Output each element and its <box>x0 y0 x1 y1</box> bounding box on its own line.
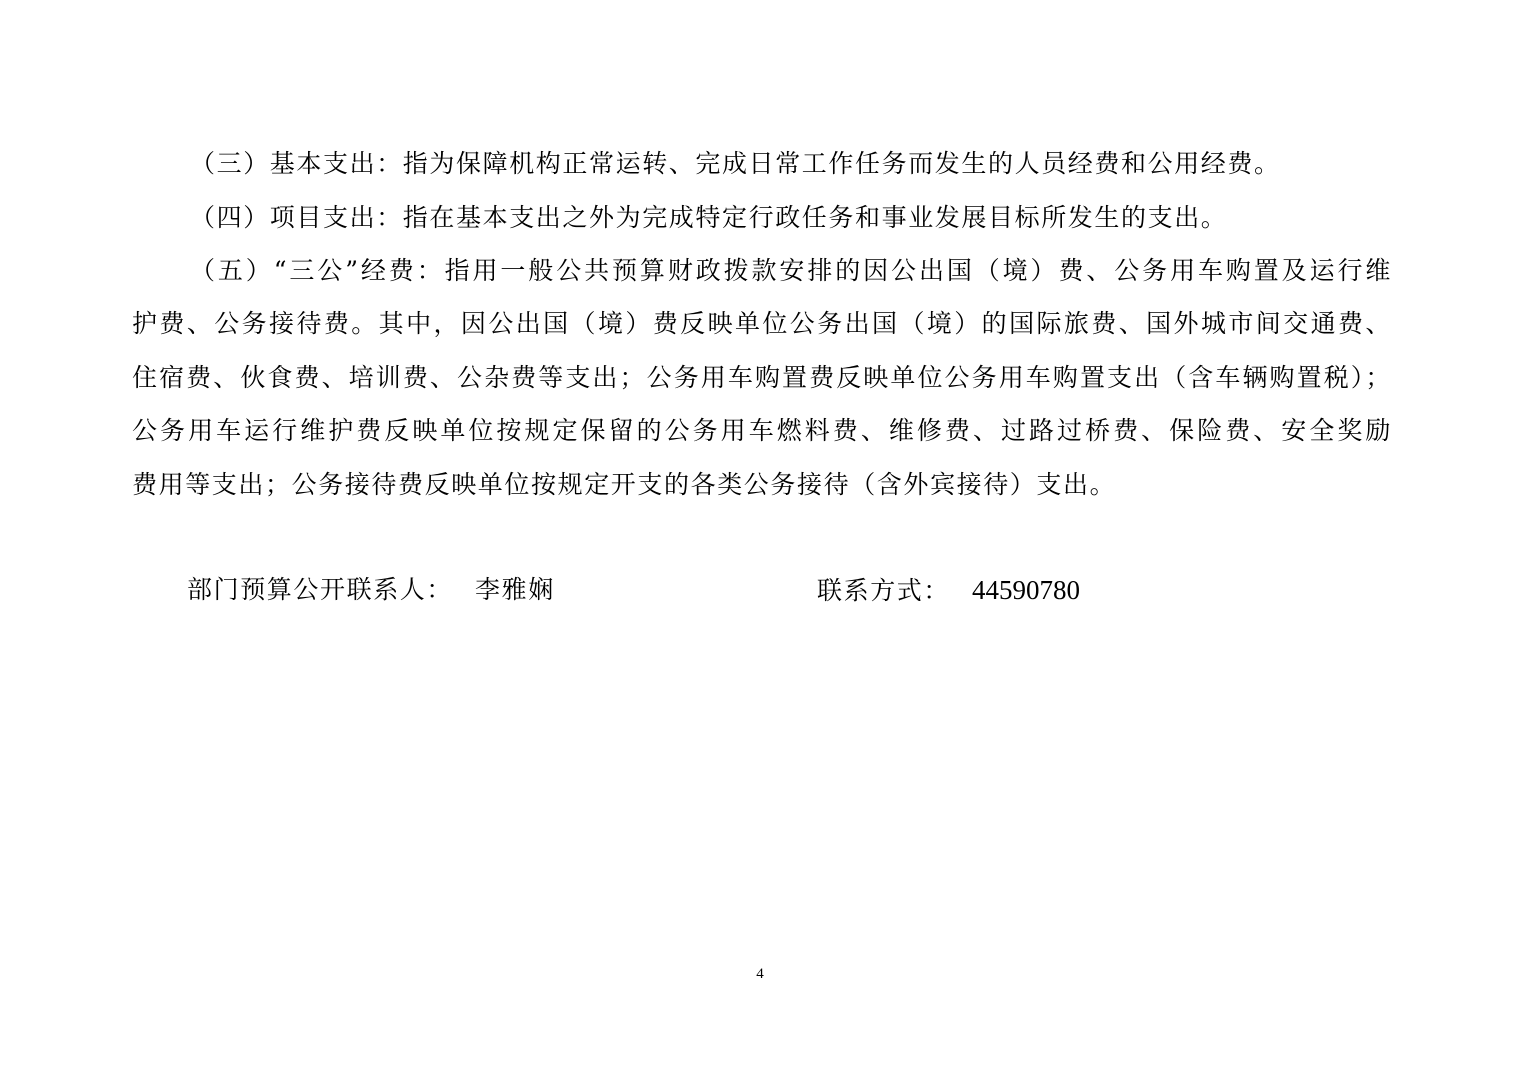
paragraph-line: 公务用车运行维护费反映单位按规定保留的公务用车燃料费、维修费、过路过桥费、保险费… <box>132 414 1392 448</box>
contact-person-name: 李雅娴 <box>475 575 555 604</box>
paragraph-line: 住宿费、伙食费、培训费、公杂费等支出；公务用车购置费反映单位公务用车购置支出（含… <box>132 361 1392 395</box>
contact-person-label: 部门预算公开联系人： <box>187 575 453 604</box>
paragraph-basic-expenditure: （三）基本支出：指为保障机构正常运转、完成日常工作任务而发生的人员经费和公用经费… <box>190 147 1392 181</box>
contact-person: 部门预算公开联系人：李雅娴 <box>187 573 555 607</box>
paragraph-line: 费用等支出；公务接待费反映单位按规定开支的各类公务接待（含外宾接待）支出。 <box>132 468 1392 502</box>
paragraph-line: 护费、公务接待费。其中，因公出国（境）费反映单位公务出国（境）的国际旅费、国外城… <box>132 307 1392 341</box>
paragraph-line: （五）“三公”经费：指用一般公共预算财政拨款安排的因公出国（境）费、公务用车购置… <box>190 254 1392 288</box>
contact-method-label: 联系方式： <box>817 576 950 605</box>
contact-phone: 44590780 <box>972 575 1080 605</box>
page-number: 4 <box>0 966 1520 983</box>
paragraph-project-expenditure: （四）项目支出：指在基本支出之外为完成特定行政任务和事业发展目标所发生的支出。 <box>190 201 1392 235</box>
document-page: （三）基本支出：指为保障机构正常运转、完成日常工作任务而发生的人员经费和公用经费… <box>0 0 1520 1074</box>
contact-method: 联系方式：44590780 <box>817 573 1080 608</box>
